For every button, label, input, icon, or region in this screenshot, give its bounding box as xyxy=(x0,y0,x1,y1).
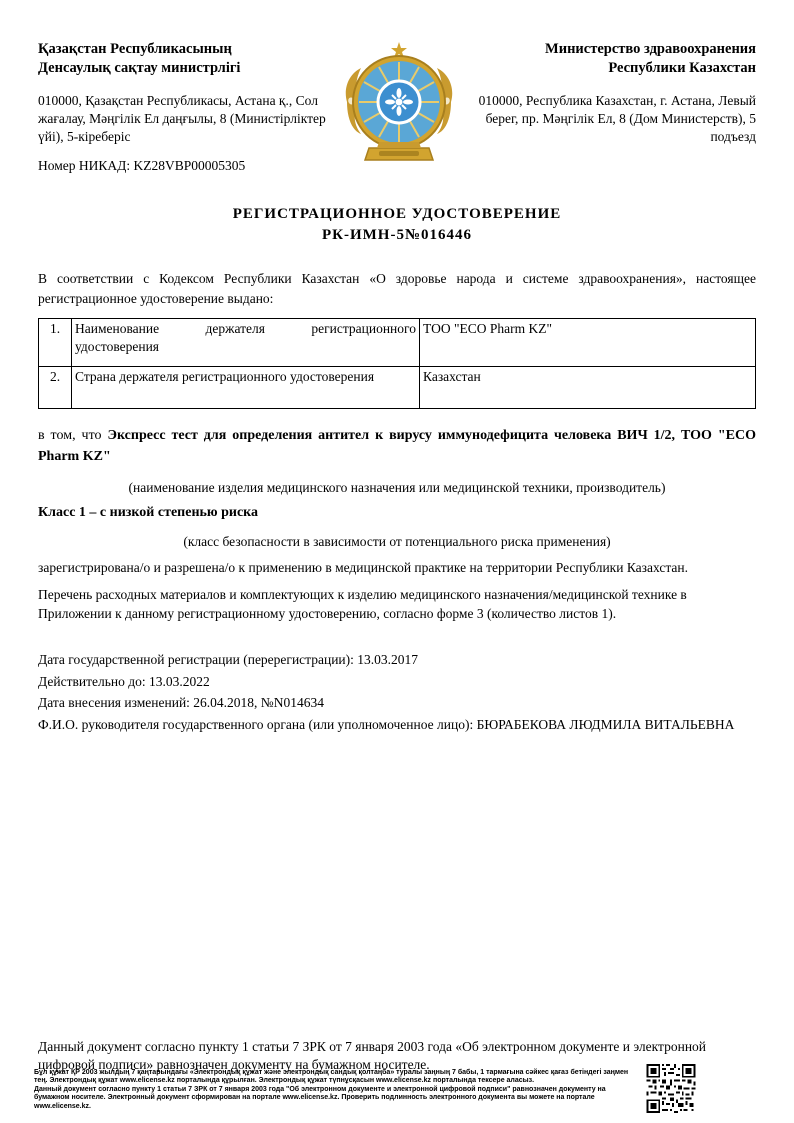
qr-code xyxy=(645,1064,697,1113)
kazakhstan-coat-of-arms-icon xyxy=(339,40,459,168)
header-center-column xyxy=(330,40,468,168)
row-label-cell: Наименование держателя регистрационного … xyxy=(72,319,420,367)
nikad-number: Номер НИКАД: KZ28VBP00005305 xyxy=(38,158,330,174)
ministry-address-russian: 010000, Республика Казахстан, г. Астана,… xyxy=(468,92,756,147)
row-number-cell: 2. xyxy=(39,367,72,409)
document-title-line2: РК-ИМН-5№016446 xyxy=(38,225,756,245)
registration-date: Дата государственной регистрации (перере… xyxy=(38,650,756,670)
document-title-line1: РЕГИСТРАЦИОННОЕ УДОСТОВЕРЕНИЕ xyxy=(38,204,756,224)
intro-paragraph: В соответствии с Кодексом Республики Каз… xyxy=(38,269,756,310)
product-name-caption: (наименование изделия медицинского назна… xyxy=(38,480,756,496)
row-value-cell: ТОО "ECO Pharm KZ" xyxy=(420,319,756,367)
row-number-cell: 1. xyxy=(39,319,72,367)
registration-details: Дата государственной регистрации (перере… xyxy=(38,650,756,734)
electronic-document-fine-print: Бұл құжат ҚР 2003 жылдың 7 қаңтарындағы … xyxy=(34,1069,640,1111)
document-title: РЕГИСТРАЦИОННОЕ УДОСТОВЕРЕНИЕ РК-ИМН-5№0… xyxy=(38,204,756,245)
holder-table: 1. Наименование держателя регистрационно… xyxy=(38,318,756,409)
row-value-cell: Казахстан xyxy=(420,367,756,409)
risk-class: Класс 1 – с низкой степенью риска xyxy=(38,505,756,521)
registration-certificate-document: Қазақстан Республикасының Денсаулық сақт… xyxy=(0,0,794,1123)
appendix-statement: Перечень расходных материалов и комплект… xyxy=(38,585,756,624)
header-left-column: Қазақстан Республикасының Денсаулық сақт… xyxy=(38,40,330,174)
header-right-column: Министерство здравоохранения Республики … xyxy=(468,40,756,146)
document-header: Қазақстан Республикасының Денсаулық сақт… xyxy=(38,40,756,174)
ministry-name-russian: Министерство здравоохранения Республики … xyxy=(468,40,756,78)
table-row: 2. Страна держателя регистрационного удо… xyxy=(39,367,756,409)
fine-print-russian: Данный документ согласно пункту 1 статьи… xyxy=(34,1086,640,1111)
registered-statement: зарегистрирована/о и разрешена/о к приме… xyxy=(38,558,756,578)
amendment-date: Дата внесения изменений: 26.04.2018, №N0… xyxy=(38,693,756,713)
head-official-name: Ф.И.О. руководителя государственного орг… xyxy=(38,715,756,735)
product-statement: в том, что Экспресс тест для определения… xyxy=(38,425,756,467)
table-row: 1. Наименование держателя регистрационно… xyxy=(39,319,756,367)
product-name: Экспресс тест для определения антител к … xyxy=(38,428,756,464)
document-content: Қазақстан Республикасының Денсаулық сақт… xyxy=(0,0,794,734)
valid-until-date: Действительно до: 13.03.2022 xyxy=(38,672,756,692)
fine-print-kazakh: Бұл құжат ҚР 2003 жылдың 7 қаңтарындағы … xyxy=(34,1069,640,1086)
risk-class-caption: (класс безопасности в зависимости от пот… xyxy=(38,534,756,550)
ministry-address-kazakh: 010000, Қазақстан Республикасы, Астана қ… xyxy=(38,92,330,147)
product-statement-prefix: в том, что xyxy=(38,428,107,443)
ministry-name-kazakh: Қазақстан Республикасының Денсаулық сақт… xyxy=(38,40,330,78)
row-label-cell: Страна держателя регистрационного удосто… xyxy=(72,367,420,409)
